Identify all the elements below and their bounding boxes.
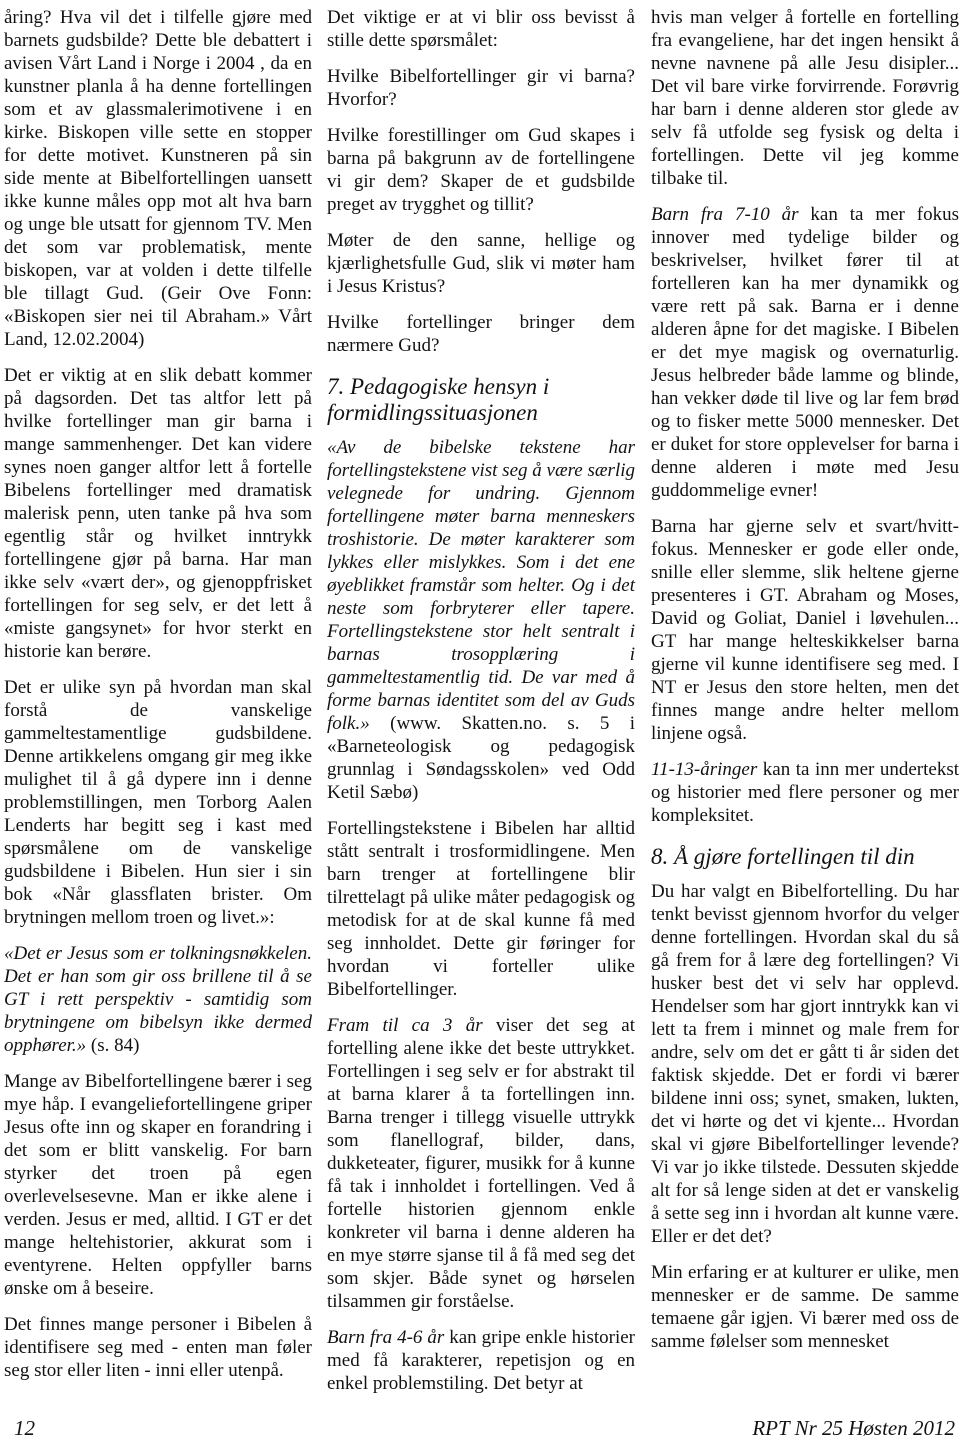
paragraph: Hvilke forestillinger om Gud skapes i ba… [327,124,635,216]
paragraph: Det er ulike syn på hvordan man skal for… [4,676,312,929]
paragraph: Mange av Bibelfortellingene bærer i seg … [4,1070,312,1300]
document-page: åring? Hva vil det i tilfelle gjøre med … [0,0,960,1447]
column-2: Det viktige er at vi blir oss bevisst å … [327,6,635,1408]
paragraph: Barna har gjerne selv et svart/hvitt-fok… [651,515,959,745]
italic-text-segment: 11-13-åringer [651,759,757,780]
paragraph: Hvilke fortellinger bringer dem nærmere … [327,311,635,357]
text-segment: Min erfaring er at kulturer er ulike, me… [651,1262,959,1352]
paragraph: Det finnes mange personer i Bibelen å id… [4,1313,312,1382]
text-segment: Det finnes mange personer i Bibelen å id… [4,1314,312,1381]
paragraph: Møter de den sanne, hellige og kjærlighe… [327,229,635,298]
text-segment: 7. Pedagogiske hensyn i formidlingssitua… [327,374,549,425]
text-segment: (www. Skatten.no. s. 5 i «Barneteologisk… [327,713,635,803]
text-segment: Hvilke forestillinger om Gud skapes i ba… [327,125,635,215]
paragraph: Fram til ca 3 år viser det seg at fortel… [327,1014,635,1313]
paragraph: Min erfaring er at kulturer er ulike, me… [651,1261,959,1353]
text-segment: Hvilke fortellinger bringer dem nærmere … [327,312,635,356]
text-segment: Det er ulike syn på hvordan man skal for… [4,677,312,928]
text-segment: Det viktige er at vi blir oss bevisst å … [327,7,635,51]
text-segment: Det er viktig at en slik debatt kommer p… [4,365,312,662]
paragraph: Det er viktig at en slik debatt kommer p… [4,364,312,663]
paragraph: Barn fra 7-10 år kan ta mer fokus innove… [651,203,959,502]
section-heading: 7. Pedagogiske hensyn i formidlingssitua… [327,374,635,426]
text-segment: kan ta mer fokus innover med tydelige bi… [651,204,959,501]
column-1: åring? Hva vil det i tilfelle gjøre med … [4,6,312,1395]
journal-reference: RPT Nr 25 Høsten 2012 [752,1416,955,1441]
column-3: hvis man velger å fortelle en fortelling… [651,6,959,1366]
text-segment: Møter de den sanne, hellige og kjærlighe… [327,230,635,297]
text-segment: viser det seg at fortelling alene ikke d… [327,1015,635,1312]
italic-text-segment: «Av de bibelske tekstene har fortellings… [327,437,635,734]
section-heading: 8. Å gjøre fortellingen til din [651,844,959,870]
text-segment: Mange av Bibelfortellingene bærer i seg … [4,1071,312,1299]
paragraph: 11-13-åringer kan ta inn mer undertekst … [651,758,959,827]
text-segment: Fortellingstekstene i Bibelen har alltid… [327,818,635,1000]
paragraph: «Av de bibelske tekstene har fortellings… [327,436,635,804]
text-segment: hvis man velger å fortelle en fortelling… [651,7,959,189]
paragraph: Det viktige er at vi blir oss bevisst å … [327,6,635,52]
paragraph: hvis man velger å fortelle en fortelling… [651,6,959,190]
paragraph: Du har valgt en Bibelfortelling. Du har … [651,880,959,1248]
italic-text-segment: Fram til ca 3 år [327,1015,483,1036]
paragraph: «Det er Jesus som er tolkningsnøkkelen. … [4,942,312,1057]
page-number: 12 [14,1416,35,1441]
text-segment: Hvilke Bibelfortellinger gir vi barna? H… [327,66,635,110]
text-segment: 8. Å gjøre fortellingen til din [651,844,915,869]
italic-text-segment: «Det er Jesus som er tolkningsnøkkelen. … [4,943,312,1056]
italic-text-segment: Barn fra 4-6 år [327,1327,444,1348]
text-segment: åring? Hva vil det i tilfelle gjøre med … [4,7,312,350]
paragraph: Fortellingstekstene i Bibelen har alltid… [327,817,635,1001]
paragraph: Hvilke Bibelfortellinger gir vi barna? H… [327,65,635,111]
text-segment: Du har valgt en Bibelfortelling. Du har … [651,881,959,1247]
paragraph: åring? Hva vil det i tilfelle gjøre med … [4,6,312,351]
paragraph: Barn fra 4-6 år kan gripe enkle historie… [327,1326,635,1395]
italic-text-segment: Barn fra 7-10 år [651,204,799,225]
text-segment: Barna har gjerne selv et svart/hvitt-fok… [651,516,959,744]
text-segment: (s. 84) [86,1035,139,1056]
